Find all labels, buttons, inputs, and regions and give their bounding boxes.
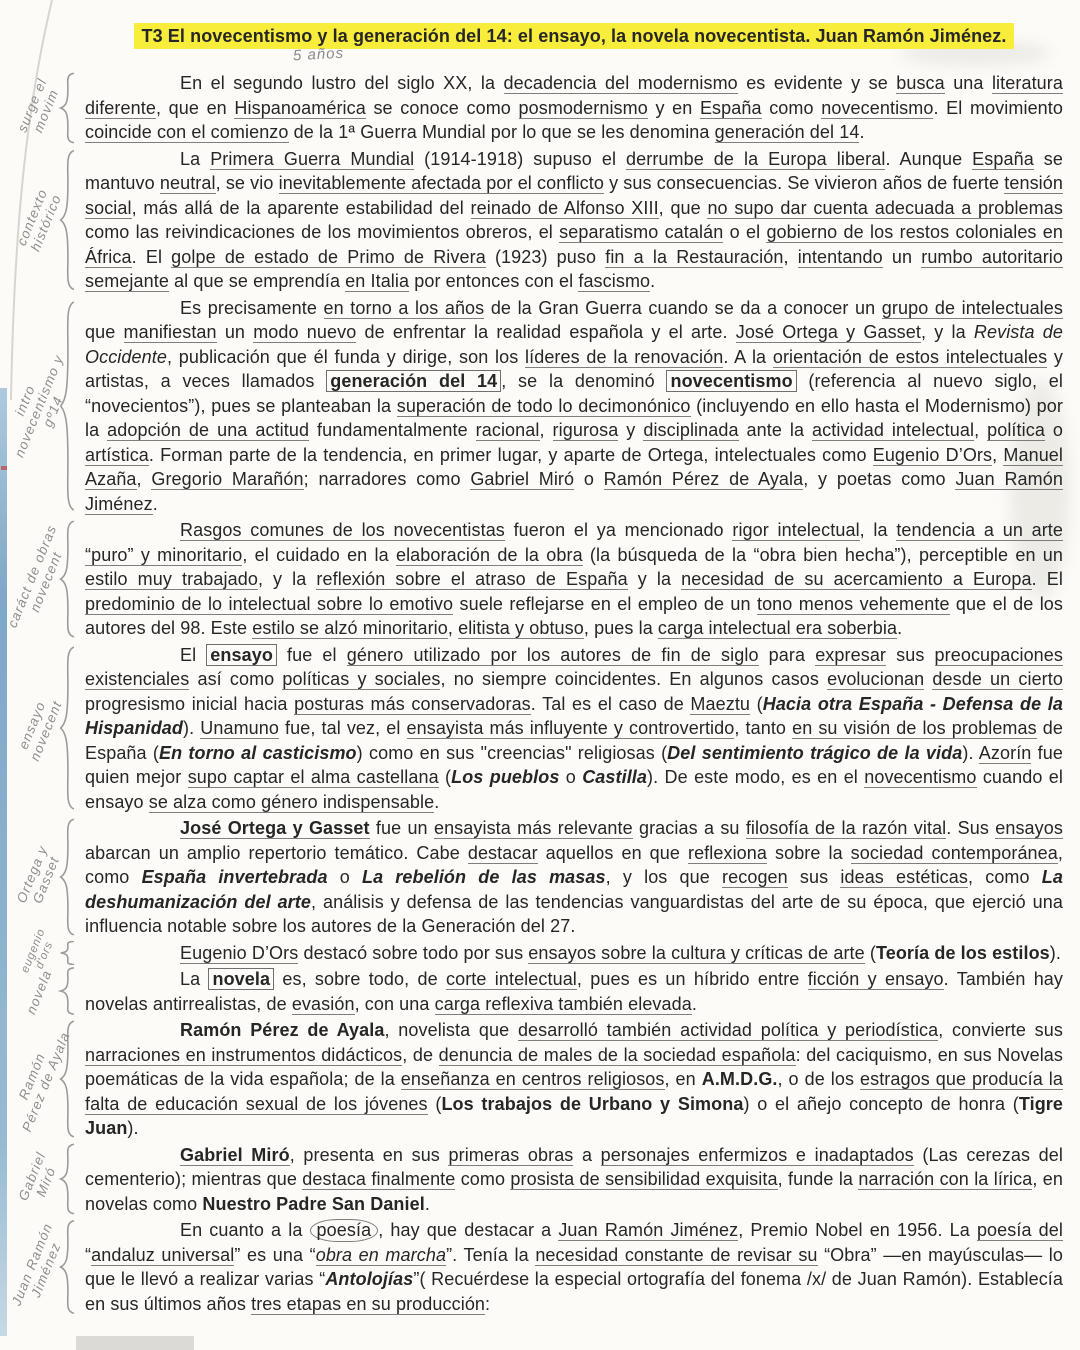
paragraph-row: Ortega yGassetJosé Ortega y Gasset fue u… — [85, 816, 1063, 939]
handwritten-annotation: 5 años — [293, 45, 345, 65]
document-content: T3 El novecentismo y la generación del 1… — [85, 26, 1063, 1318]
paragraph-row: GabrielMiróGabriel Miró, presenta en sus… — [85, 1143, 1063, 1217]
paragraph-text: Eugenio D’Ors destacó sobre todo por sus… — [85, 941, 1063, 966]
paragraph-row: surge elmovim5 añosEn el segundo lustro … — [85, 71, 1063, 145]
red-pen-mark — [1, 466, 7, 470]
paragraph-text: Ramón Pérez de Ayala, novelista que desa… — [85, 1018, 1063, 1141]
paragraph-row: novelaLa novela es, sobre todo, de corte… — [85, 967, 1063, 1016]
paragraph-row: RamónPérez de AyalaRamón Pérez de Ayala,… — [85, 1018, 1063, 1141]
paragraph-row: Juan RamónJiménezEn cuanto a la poesía, … — [85, 1218, 1063, 1316]
paragraph-text: La Primera Guerra Mundial (1914-1918) su… — [85, 147, 1063, 294]
paragraph-text: El ensayo fue el género utilizado por lo… — [85, 643, 1063, 815]
paragraph-text: José Ortega y Gasset fue un ensayista má… — [85, 816, 1063, 939]
paragraph-text: En cuanto a la poesía, hay que destacar … — [85, 1218, 1063, 1316]
highlighted-title: T3 El novecentismo y la generación del 1… — [134, 23, 1013, 49]
paragraph-text: Gabriel Miró, presenta en sus primeras o… — [85, 1143, 1063, 1217]
margin-brace — [58, 967, 76, 1015]
paragraph-text: La novela es, sobre todo, de corte intel… — [85, 967, 1063, 1016]
notebook-margin-line — [0, 388, 7, 1336]
paragraph-row: eugeniod'orsEugenio D’Ors destacó sobre … — [85, 941, 1063, 966]
scan-shadow-bar — [76, 1336, 194, 1350]
paragraph-row: caráct de obrasnovecentRasgos comunes de… — [85, 518, 1063, 641]
document-body: surge elmovim5 añosEn el segundo lustro … — [85, 71, 1063, 1316]
paragraph-row: contextohistóricoLa Primera Guerra Mundi… — [85, 147, 1063, 294]
paragraph-text: En el segundo lustro del siglo XX, la de… — [85, 71, 1063, 145]
paragraph-row: intronovecentismo ygº14Es precisamente e… — [85, 296, 1063, 517]
paragraph-row: ensayonovecentEl ensayo fue el género ut… — [85, 643, 1063, 815]
page-title: T3 El novecentismo y la generación del 1… — [85, 26, 1063, 47]
paragraph-text: Rasgos comunes de los novecentistas fuer… — [85, 518, 1063, 641]
paragraph-text: Es precisamente en torno a los años de l… — [85, 296, 1063, 517]
scanned-page: T3 El novecentismo y la generación del 1… — [0, 0, 1080, 1350]
